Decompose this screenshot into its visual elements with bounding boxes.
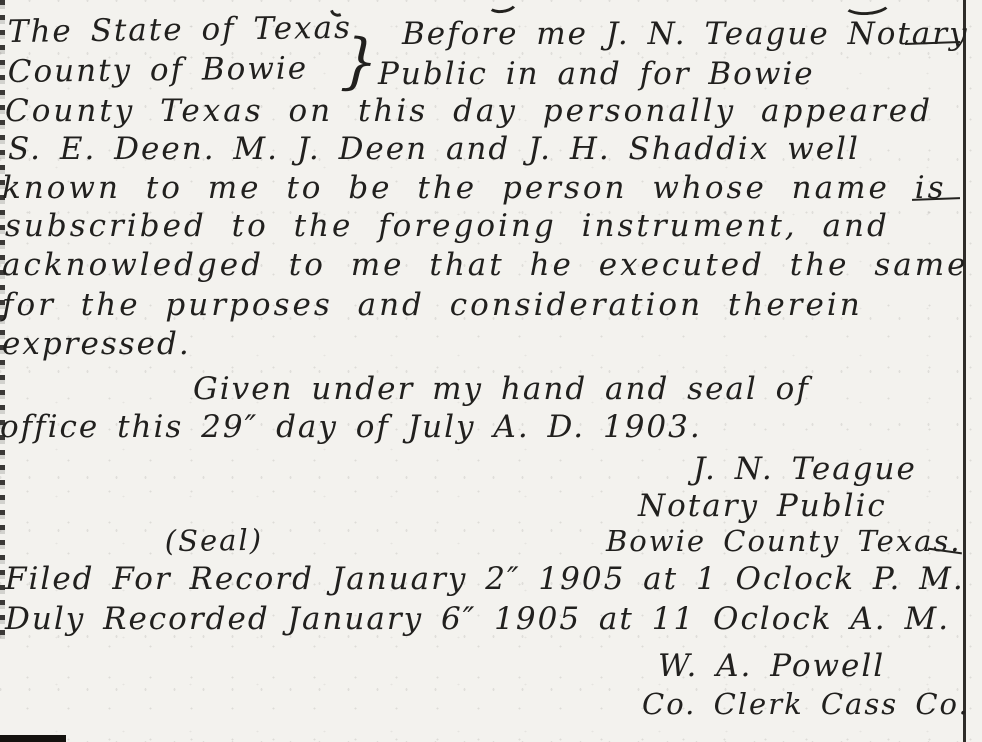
ack-line4: S. E. Deen. M. J. Deen and J. H. Shaddix…	[8, 131, 860, 167]
notary-signature-title: Notary Public	[638, 488, 887, 524]
testimonium-line1: Given under my hand and seal of	[193, 371, 810, 407]
filed-for-record-line: Filed For Record January 2″ 1905 at 1 Oc…	[5, 561, 965, 597]
seal-label: (Seal)	[165, 523, 264, 558]
notary-signature-jurisdiction: Bowie County Texas.	[606, 524, 962, 558]
clerk-signature-name: W. A. Powell	[658, 648, 885, 684]
scan-artifact-bar	[0, 735, 66, 742]
cutoff-stroke-fragment	[841, 0, 893, 17]
cutoff-stroke-fragment	[485, 0, 520, 15]
right-margin-rule	[963, 0, 966, 742]
venue-county-line: County of Bowie	[8, 50, 309, 90]
notary-signature-name: J. N. Teague	[693, 451, 917, 487]
ack-line7: acknowledged to me that he executed the …	[2, 247, 969, 283]
ack-line6: subscribed to the foregoing instrument, …	[5, 208, 890, 244]
venue-brace: }	[340, 30, 380, 93]
scanned-document-page: The State of Texas County of Bowie } Bef…	[0, 0, 982, 742]
testimonium-line2: office this 29″ day of July A. D. 1903.	[0, 409, 702, 445]
ack-line3: County Texas on this day personally appe…	[5, 93, 933, 129]
ack-line5: known to me to be the person whose name …	[2, 170, 947, 206]
ack-line2-right: Public in and for Bowie	[378, 56, 815, 92]
clerk-signature-title: Co. Clerk Cass Co. Texas	[642, 687, 982, 721]
ack-line9: expressed.	[2, 326, 191, 362]
duly-recorded-line: Duly Recorded January 6″ 1905 at 11 Oclo…	[5, 601, 950, 637]
ack-line8: for the purposes and consideration there…	[2, 287, 863, 323]
ack-line1-right: Before me J. N. Teague Notary	[402, 16, 969, 52]
venue-state-line: The State of Texas	[8, 10, 353, 50]
